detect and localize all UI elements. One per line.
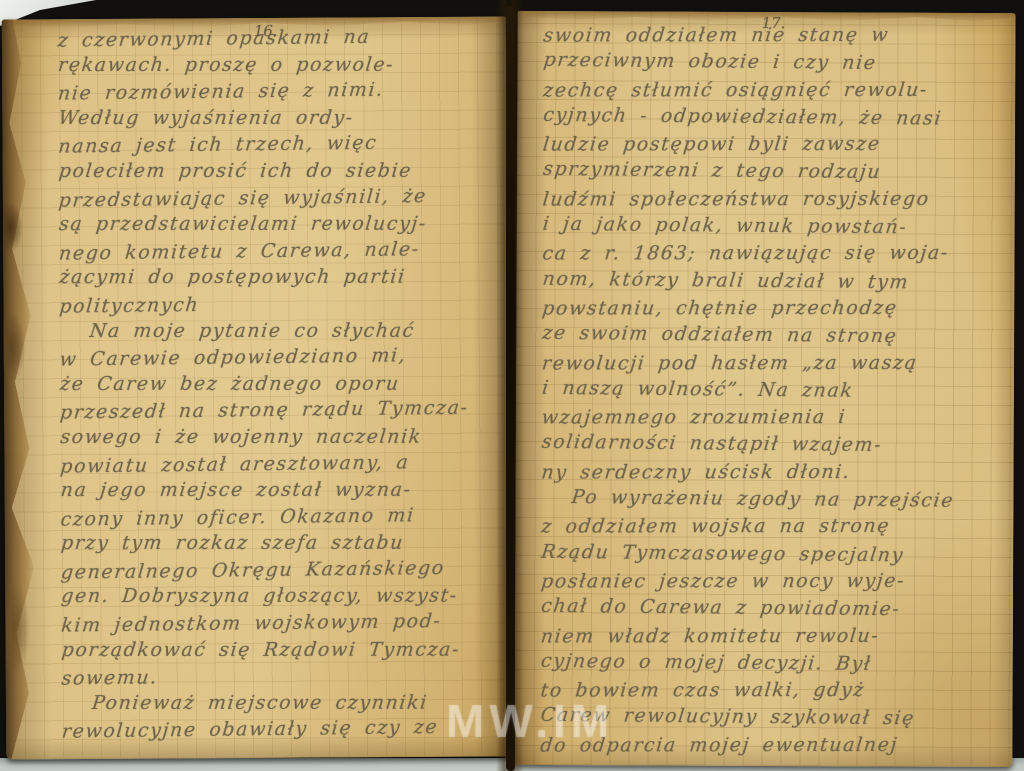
handwritten-line: niem władz komitetu rewolu- <box>539 622 1015 650</box>
handwritten-line: rękawach. proszę o pozwole- <box>57 51 510 78</box>
handwritten-line: sprzymierzeni z tego rodzaju <box>542 156 1016 188</box>
handwritten-line: że Carew bez żadnego oporu <box>59 370 511 397</box>
handwritten-line: czony inny oficer. Okazano mi <box>59 501 510 533</box>
book-gutter <box>506 6 515 771</box>
handwritten-line: gen. Dobryszyna głoszący, wszyst- <box>60 583 510 610</box>
handwritten-line: ze swoim oddziałem na stronę <box>541 320 1016 352</box>
handwritten-line: przy tym rozkaz szefa sztabu <box>60 530 511 557</box>
handwritten-line: i ja jako polak, wnuk powstań- <box>541 211 1015 243</box>
handwritten-line: powstaniu, chętnie przechodzę <box>541 295 1016 323</box>
handwritten-line: przeciwnym obozie i czy nie <box>542 47 1016 79</box>
handwritten-line: przedstawiając się wyjaśnili, że <box>57 182 510 214</box>
handwritten-line: sowemu. <box>60 660 510 692</box>
handwritten-line: ca z r. 1863; nawiązując się woja- <box>541 240 1016 268</box>
handwritten-line: powiatu został aresztowany, a <box>59 447 510 479</box>
handwritten-line: sowego i że wojenny naczelnik <box>59 423 510 450</box>
handwritten-line: chał do Carewa z powiadomie- <box>540 593 1016 625</box>
watermark: MW.IM <box>446 694 614 748</box>
handwriting-left-page: z czerwonymi opaskami narękawach. proszę… <box>58 23 510 744</box>
handwritten-line: zechcę stłumić osiągnięć rewolu- <box>542 76 1016 104</box>
handwriting-right-page: swoim oddziałem nie stanę wprzeciwnym ob… <box>540 21 1015 760</box>
handwritten-line: nie rozmówienia się z nimi. <box>57 75 510 107</box>
handwritten-line: cyjnych - odpowiedziałem, że nasi <box>542 102 1016 134</box>
handwritten-line: generalnego Okręgu Kazańskiego <box>60 554 511 586</box>
handwritten-line: przeszedł na stronę rządu Tymcza- <box>59 394 510 426</box>
handwritten-line: nansa jest ich trzech, więc <box>57 128 510 160</box>
handwritten-line: w Carewie odpowiedziano mi, <box>58 341 510 373</box>
handwritten-line: Rządu Tymczasowego specjalny <box>540 538 1016 570</box>
handwritten-line: Po wyrażeniu zgody na przejście <box>540 484 1016 516</box>
notebook-page-right: 17. swoim oddziałem nie stanę wprzeciwny… <box>514 11 1015 767</box>
handwritten-line: ny serdeczny uścisk dłoni. <box>540 458 1016 486</box>
handwritten-line: rewolucyjne obawiały się czy ze <box>61 713 511 745</box>
handwritten-line: ludzie postępowi byli zawsze <box>542 131 1016 159</box>
page-torn-left-edge <box>2 19 38 759</box>
handwritten-line: Na moje pytanie co słychać <box>58 317 510 344</box>
handwritten-line: na jego miejsce został wyzna- <box>59 477 510 504</box>
handwritten-line: z oddziałem wojska na stronę <box>540 513 1016 541</box>
handwritten-line: wzajemnego zrozumienia i <box>540 404 1015 432</box>
open-notebook-photo: 16. z czerwonymi opaskami narękawach. pr… <box>0 0 1024 771</box>
handwritten-line: solidarności nastąpił wzajem- <box>540 429 1015 461</box>
handwritten-line: politycznych <box>58 288 510 320</box>
handwritten-line: posłaniec jeszcze w nocy wyje- <box>540 568 1016 596</box>
handwritten-line: i naszą wolność”. Na znak <box>541 375 1016 407</box>
handwritten-line: rewolucji pod hasłem „za waszą <box>541 349 1016 377</box>
notebook-page-left: 16. z czerwonymi opaskami narękawach. pr… <box>2 16 511 759</box>
page-number-left: 16. <box>254 22 278 40</box>
handwritten-line: porządkować się Rządowi Tymcza- <box>60 636 510 663</box>
handwritten-line: nego komitetu z Carewa, nale- <box>58 235 510 267</box>
handwritten-line: ludźmi społeczeństwa rosyjskiego <box>541 185 1015 213</box>
page-number-right: 17. <box>762 14 786 32</box>
handwritten-line: poleciłem prosić ich do siebie <box>57 158 510 185</box>
handwritten-line: cyjnego o mojej decyzji. Był <box>539 648 1015 680</box>
handwritten-line: nom, którzy brali udział w tym <box>541 265 1016 297</box>
handwritten-line: Ponieważ miejscowe czynniki <box>61 689 511 716</box>
handwritten-line: żącymi do postępowych partii <box>58 264 510 291</box>
handwritten-line: z czerwonymi opaskami na <box>56 22 510 54</box>
handwritten-line: kim jednostkom wojskowym pod- <box>60 607 510 639</box>
handwritten-line: są przedstawicielami rewolucyj- <box>58 211 511 238</box>
handwritten-line: Według wyjaśnienia ordy- <box>57 104 510 131</box>
